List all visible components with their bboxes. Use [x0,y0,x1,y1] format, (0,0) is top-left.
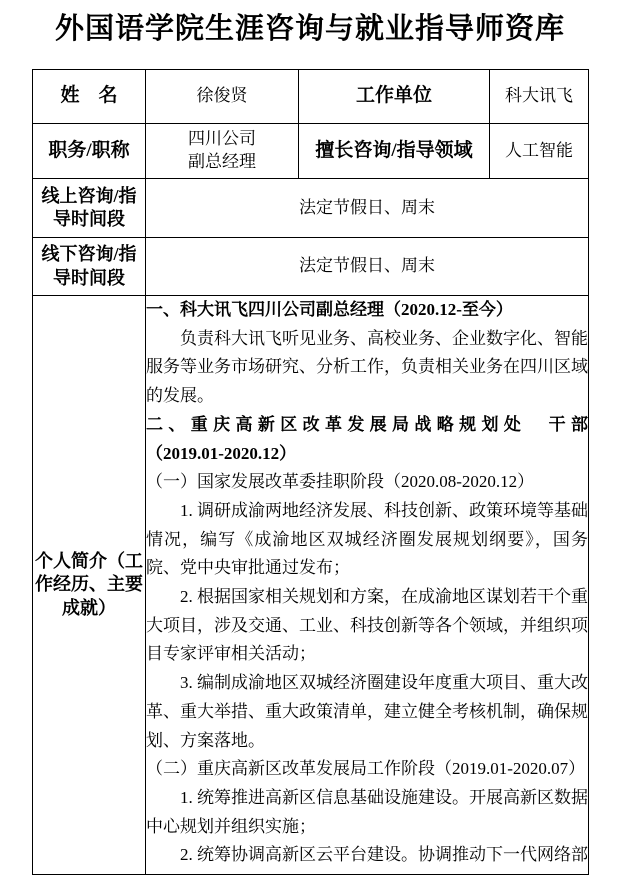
offline-time-label: 线下咨询/指 导时间段 [33,238,146,296]
name-label: 姓 名 [33,70,146,124]
profile-paragraph: （2019.01-2020.12） [146,440,588,469]
page-title: 外国语学院生涯咨询与就业指导师资库 [0,6,620,47]
document-page: 外国语学院生涯咨询与就业指导师资库 姓 名 徐俊贤 工作单位 科大讯飞 职务/职… [0,0,620,894]
work-unit-value: 科大讯飞 [490,70,589,124]
bio-label: 个人简介（工 作经历、主要 成就） [33,296,146,875]
table-row: 个人简介（工 作经历、主要 成就） 一、科大讯飞四川公司副总经理（2020.12… [33,296,589,875]
profile-paragraph: 1. 统筹推进高新区信息基础设施建设。开展高新区数据中心规划并组织实施； [146,784,588,841]
profile-paragraph: 负责科大讯飞听见业务、高校业务、企业数字化、智能服务等业务市场研究、分析工作，负… [146,325,588,411]
table-row: 姓 名 徐俊贤 工作单位 科大讯飞 [33,70,589,124]
position-value: 四川公司 副总经理 [146,124,299,179]
online-time-label: 线上咨询/指 导时间段 [33,179,146,238]
mentor-profile-table: 姓 名 徐俊贤 工作单位 科大讯飞 职务/职称 四川公司 副总经理 擅长咨询/指… [32,69,589,875]
position-label: 职务/职称 [33,124,146,179]
profile-paragraph: 一、科大讯飞四川公司副总经理（2020.12-至今） [146,296,588,325]
profile-paragraph: （一）国家发展改革委挂职阶段（2020.08-2020.12） [146,468,588,497]
profile-paragraph: 二、重庆高新区改革发展局战略规划处 干部 [146,411,588,440]
work-unit-label: 工作单位 [299,70,490,124]
profile-paragraph: 3. 编制成渝地区双城经济圈建设年度重大项目、重大改革、重大举措、重大政策清单，… [146,669,588,755]
offline-time-value: 法定节假日、周末 [146,238,589,296]
profile-paragraph: 1. 调研成渝两地经济发展、科技创新、政策环境等基础情况，编写《成渝地区双城经济… [146,497,588,583]
profile-content: 一、科大讯飞四川公司副总经理（2020.12-至今）负责科大讯飞听见业务、高校业… [146,296,588,870]
name-value: 徐俊贤 [146,70,299,124]
profile-paragraph: 2. 统筹协调高新区云平台建设。协调推动下一代网络部 [146,841,588,870]
online-time-value: 法定节假日、周末 [146,179,589,238]
table-row: 线下咨询/指 导时间段 法定节假日、周末 [33,238,589,296]
expertise-label: 擅长咨询/指导领域 [299,124,490,179]
table-row: 线上咨询/指 导时间段 法定节假日、周末 [33,179,589,238]
expertise-value: 人工智能 [490,124,589,179]
profile-paragraph: 2. 根据国家相关规划和方案，在成渝地区谋划若干个重大项目，涉及交通、工业、科技… [146,583,588,669]
table-row: 职务/职称 四川公司 副总经理 擅长咨询/指导领域 人工智能 [33,124,589,179]
profile-paragraph: （二）重庆高新区改革发展局工作阶段（2019.01-2020.07） [146,755,588,784]
bio-cell: 一、科大讯飞四川公司副总经理（2020.12-至今）负责科大讯飞听见业务、高校业… [146,296,589,875]
